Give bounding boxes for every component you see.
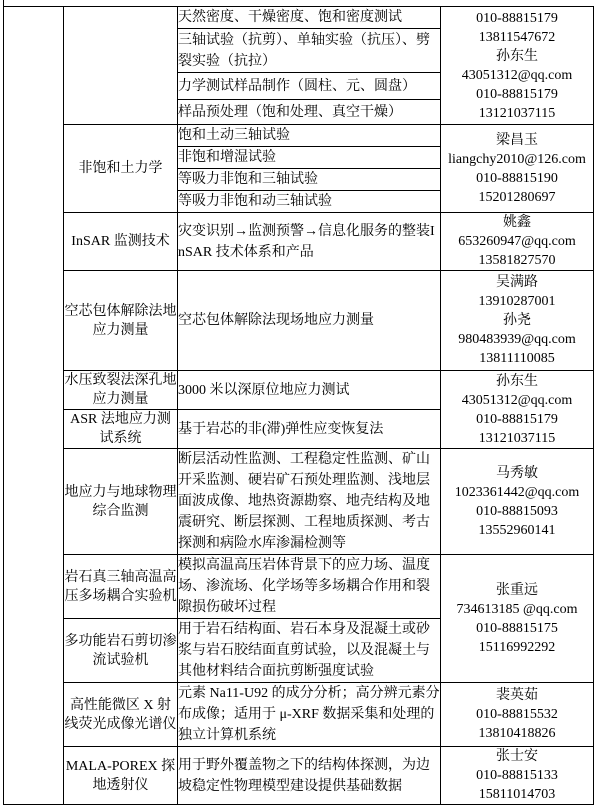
table-row: 非饱和土力学 饱和土动三轴试验 梁昌玉 liangchy2010@126.com… bbox=[4, 125, 594, 147]
contact-line: 13552960141 bbox=[441, 521, 593, 540]
description-cell: 力学测试样品制作（圆柱、元、圆盘） bbox=[178, 73, 441, 100]
contact-line: 吴满路 bbox=[441, 273, 593, 292]
contact-line: 010-88815133 bbox=[441, 766, 593, 785]
category-cell: InSAR 监测技术 bbox=[64, 213, 178, 271]
contact-line: 张士安 bbox=[441, 747, 593, 766]
contact-line: 010-88815179 bbox=[441, 85, 593, 104]
table-row: 空芯包体解除法地应力测量 空芯包体解除法现场地应力测量 吴满路 13910287… bbox=[4, 271, 594, 371]
description-cell: 灾变识别→监测预警→信息化服务的整装InSAR 技术体系和产品 bbox=[178, 213, 441, 271]
contact-line: 43051312@qq.com bbox=[441, 66, 593, 85]
category-cell: 空芯包体解除法地应力测量 bbox=[64, 271, 178, 371]
contact-line: 孙尧 bbox=[441, 311, 593, 330]
table-row: 高性能微区 X 射线荧光成像光谱仪 元素 Na11-U92 的成分分析；高分辨元… bbox=[4, 683, 594, 747]
description-cell: 等吸力非饱和三轴试验 bbox=[178, 169, 441, 191]
contact-line: 13581827570 bbox=[441, 251, 593, 270]
contact-line: 010-88815190 bbox=[441, 169, 593, 188]
description-cell: 用于野外覆盖物之下的结构体探测，为边坡稳定性物理模型建设提供基础数据 bbox=[178, 747, 441, 805]
contact-line: 孙东生 bbox=[441, 47, 593, 66]
contact-line: 13121037115 bbox=[441, 104, 593, 123]
contact-cell: 马秀敏 1023361442@qq.com 010-88815093 13552… bbox=[441, 449, 594, 555]
table-row: InSAR 监测技术 灾变识别→监测预警→信息化服务的整装InSAR 技术体系和… bbox=[4, 213, 594, 271]
description-cell: 非饱和增湿试验 bbox=[178, 147, 441, 169]
contact-line: 010-88815179 bbox=[441, 410, 593, 429]
category-cell: 多功能岩石剪切渗流试验机 bbox=[64, 619, 178, 683]
contact-line: 980483939@qq.com bbox=[441, 330, 593, 349]
description-cell: 3000 米以深原位地应力测试 bbox=[178, 371, 441, 410]
category-cell: ASR 法地应力测试系统 bbox=[64, 410, 178, 449]
contact-line: 15201280697 bbox=[441, 188, 593, 207]
table-row: 天然密度、干燥密度、饱和密度测试 010-88815179 1381154767… bbox=[4, 7, 594, 29]
contact-line: 13810418826 bbox=[441, 724, 593, 743]
contact-line: 13121037115 bbox=[441, 429, 593, 448]
description-cell: 饱和土动三轴试验 bbox=[178, 125, 441, 147]
contact-cell: 吴满路 13910287001 孙尧 980483939@qq.com 1381… bbox=[441, 271, 594, 371]
description-cell: 三轴试验（抗剪）、单轴实验（抗压）、劈裂实验（抗拉） bbox=[178, 29, 441, 73]
contact-line: 梁昌玉 bbox=[441, 131, 593, 150]
category-cell bbox=[64, 7, 178, 125]
description-cell: 用于岩石结构面、岩石本身及混凝土或砂浆与岩石胶结面直剪试验，以及混凝土与其他材料… bbox=[178, 619, 441, 683]
category-cell: 非饱和土力学 bbox=[64, 125, 178, 213]
category-cell: 高性能微区 X 射线荧光成像光谱仪 bbox=[64, 683, 178, 747]
category-cell: 地应力与地球物理综合监测 bbox=[64, 449, 178, 555]
contact-cell: 孙东生 43051312@qq.com 010-88815179 1312103… bbox=[441, 371, 594, 449]
table-row: 地应力与地球物理综合监测 断层活动性监测、工程稳定性监测、矿山开采监测、硬岩矿石… bbox=[4, 449, 594, 555]
contact-line: 010-88815179 bbox=[441, 9, 593, 28]
page: { "table": { "groups": [ { "category": "… bbox=[0, 0, 600, 761]
contact-line: 734613185 @qq.com bbox=[441, 600, 593, 619]
contact-line: 13811547672 bbox=[441, 28, 593, 47]
contact-line: 裴英茹 bbox=[441, 686, 593, 705]
contact-cell: 姚鑫 653260947@qq.com 13581827570 bbox=[441, 213, 594, 271]
category-cell: 水压致裂法深孔地应力测量 bbox=[64, 371, 178, 410]
empty-first-column bbox=[4, 7, 64, 805]
contact-line: 马秀敏 bbox=[441, 464, 593, 483]
contact-line: 13811110085 bbox=[441, 349, 593, 368]
contact-cell: 张重远 734613185 @qq.com 010-88815175 15116… bbox=[441, 555, 594, 683]
description-cell: 空芯包体解除法现场地应力测量 bbox=[178, 271, 441, 371]
contact-line: 孙东生 bbox=[441, 372, 593, 391]
contact-line: 653260947@qq.com bbox=[441, 232, 593, 251]
description-cell: 样品预处理（饱和处理、真空干燥） bbox=[178, 100, 441, 125]
description-cell: 基于岩芯的非(滞)弹性应变恢复法 bbox=[178, 410, 441, 449]
contact-line: 姚鑫 bbox=[441, 213, 593, 232]
description-cell: 模拟高温高压岩体背景下的应力场、温度场、渗流场、化学场等多场耦合作用和裂隙损伤破… bbox=[178, 555, 441, 619]
table-row: MALA-POREX 探地透射仪 用于野外覆盖物之下的结构体探测，为边坡稳定性物… bbox=[4, 747, 594, 805]
description-cell: 等吸力非饱和动三轴试验 bbox=[178, 191, 441, 213]
contact-line: liangchy2010@126.com bbox=[441, 150, 593, 169]
contact-line: 13910287001 bbox=[441, 292, 593, 311]
contact-line: 43051312@qq.com bbox=[441, 391, 593, 410]
contact-line: 010-88815175 bbox=[441, 619, 593, 638]
category-cell: 岩石真三轴高温高压多场耦合实验机 bbox=[64, 555, 178, 619]
equipment-table: 天然密度、干燥密度、饱和密度测试 010-88815179 1381154767… bbox=[3, 6, 594, 805]
contact-line: 010-88815532 bbox=[441, 705, 593, 724]
contact-line: 15116992292 bbox=[441, 638, 593, 657]
contact-line: 15811014703 bbox=[441, 785, 593, 804]
contact-line: 1023361442@qq.com bbox=[441, 483, 593, 502]
table-row: 水压致裂法深孔地应力测量 3000 米以深原位地应力测试 孙东生 4305131… bbox=[4, 371, 594, 410]
table-row: 岩石真三轴高温高压多场耦合实验机 模拟高温高压岩体背景下的应力场、温度场、渗流场… bbox=[4, 555, 594, 619]
contact-cell: 梁昌玉 liangchy2010@126.com 010-88815190 15… bbox=[441, 125, 594, 213]
contact-cell: 张士安 010-88815133 15811014703 bbox=[441, 747, 594, 805]
description-cell: 断层活动性监测、工程稳定性监测、矿山开采监测、硬岩矿石预处理监测、浅地层面波成像… bbox=[178, 449, 441, 555]
contact-cell: 010-88815179 13811547672 孙东生 43051312@qq… bbox=[441, 7, 594, 125]
description-cell: 天然密度、干燥密度、饱和密度测试 bbox=[178, 7, 441, 29]
contact-line: 张重远 bbox=[441, 581, 593, 600]
contact-cell: 裴英茹 010-88815532 13810418826 bbox=[441, 683, 594, 747]
category-cell: MALA-POREX 探地透射仪 bbox=[64, 747, 178, 805]
description-cell: 元素 Na11-U92 的成分分析；高分辨元素分布成像；适用于 μ-XRF 数据… bbox=[178, 683, 441, 747]
contact-line: 010-88815093 bbox=[441, 502, 593, 521]
